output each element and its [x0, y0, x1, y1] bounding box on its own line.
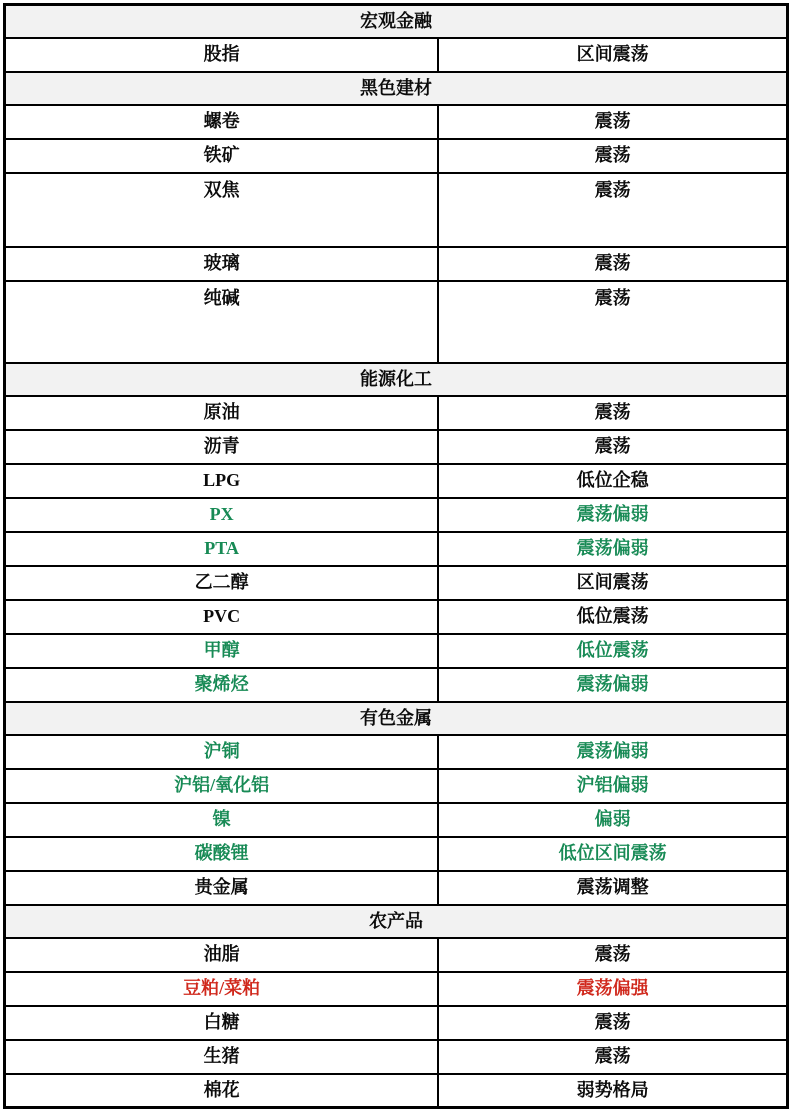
commodity-outlook: 震荡偏弱	[438, 498, 787, 532]
commodity-outlook: 震荡	[438, 396, 787, 430]
commodity-row: 原油震荡	[5, 396, 788, 430]
commodity-row: 沥青震荡	[5, 430, 788, 464]
commodity-name: 碳酸锂	[5, 837, 439, 871]
commodity-name: 股指	[5, 38, 439, 72]
commodity-name: 油脂	[5, 938, 439, 972]
commodity-outlook: 震荡	[438, 430, 787, 464]
section-header-row: 能源化工	[5, 363, 788, 396]
commodity-row: 沪铜震荡偏弱	[5, 735, 788, 769]
commodity-name: 沪铝/氧化铝	[5, 769, 439, 803]
commodity-row: 白糖震荡	[5, 1006, 788, 1040]
commodity-outlook: 偏弱	[438, 803, 787, 837]
commodity-name: 甲醇	[5, 634, 439, 668]
commodity-name: 螺卷	[5, 105, 439, 139]
commodity-outlook: 低位震荡	[438, 634, 787, 668]
commodity-row: 玻璃震荡	[5, 247, 788, 281]
commodity-row: 双焦震荡	[5, 173, 788, 247]
commodity-name: 豆粕/菜粕	[5, 972, 439, 1006]
commodity-outlook: 震荡偏弱	[438, 735, 787, 769]
commodity-row: 沪铝/氧化铝沪铝偏弱	[5, 769, 788, 803]
commodity-outlook: 震荡	[438, 105, 787, 139]
section-title: 宏观金融	[5, 5, 788, 38]
commodity-row: 棉花弱势格局	[5, 1074, 788, 1108]
commodity-name: 生猪	[5, 1040, 439, 1074]
commodity-name: 白糖	[5, 1006, 439, 1040]
section-title: 农产品	[5, 905, 788, 938]
commodity-name: 镍	[5, 803, 439, 837]
commodity-outlook: 沪铝偏弱	[438, 769, 787, 803]
commodity-row: 乙二醇区间震荡	[5, 566, 788, 600]
section-header-row: 农产品	[5, 905, 788, 938]
market-outlook-table: 宏观金融股指区间震荡黑色建材螺卷震荡铁矿震荡双焦震荡玻璃震荡纯碱震荡能源化工原油…	[3, 3, 789, 1109]
commodity-name: 贵金属	[5, 871, 439, 905]
commodity-name: PVC	[5, 600, 439, 634]
commodity-name: 玻璃	[5, 247, 439, 281]
commodity-row: 碳酸锂低位区间震荡	[5, 837, 788, 871]
commodity-outlook: 震荡	[438, 173, 787, 247]
commodity-outlook: 震荡偏强	[438, 972, 787, 1006]
commodity-outlook: 震荡偏弱	[438, 668, 787, 702]
commodity-outlook: 震荡	[438, 1040, 787, 1074]
commodity-outlook: 低位区间震荡	[438, 837, 787, 871]
commodity-row: 贵金属震荡调整	[5, 871, 788, 905]
commodity-row: 螺卷震荡	[5, 105, 788, 139]
commodity-outlook: 低位震荡	[438, 600, 787, 634]
commodity-outlook: 震荡	[438, 281, 787, 363]
commodity-row: PVC低位震荡	[5, 600, 788, 634]
section-title: 黑色建材	[5, 72, 788, 105]
commodity-row: 生猪震荡	[5, 1040, 788, 1074]
commodity-name: 聚烯烃	[5, 668, 439, 702]
commodity-outlook: 震荡	[438, 139, 787, 173]
commodity-row: 纯碱震荡	[5, 281, 788, 363]
commodity-outlook: 区间震荡	[438, 566, 787, 600]
commodity-row: 油脂震荡	[5, 938, 788, 972]
commodity-row: 聚烯烃震荡偏弱	[5, 668, 788, 702]
section-header-row: 宏观金融	[5, 5, 788, 38]
commodity-outlook: 震荡偏弱	[438, 532, 787, 566]
commodity-row: 铁矿震荡	[5, 139, 788, 173]
commodity-outlook: 低位企稳	[438, 464, 787, 498]
commodity-row: LPG低位企稳	[5, 464, 788, 498]
commodity-row: 豆粕/菜粕震荡偏强	[5, 972, 788, 1006]
commodity-outlook: 震荡调整	[438, 871, 787, 905]
commodity-outlook: 震荡	[438, 938, 787, 972]
commodity-name: 铁矿	[5, 139, 439, 173]
document-page: 宏观金融股指区间震荡黑色建材螺卷震荡铁矿震荡双焦震荡玻璃震荡纯碱震荡能源化工原油…	[0, 0, 792, 1114]
commodity-row: PTA震荡偏弱	[5, 532, 788, 566]
commodity-name: 沥青	[5, 430, 439, 464]
commodity-outlook: 震荡	[438, 247, 787, 281]
commodity-name: 沪铜	[5, 735, 439, 769]
commodity-name: 纯碱	[5, 281, 439, 363]
commodity-outlook: 区间震荡	[438, 38, 787, 72]
commodity-outlook: 震荡	[438, 1006, 787, 1040]
commodity-name: LPG	[5, 464, 439, 498]
market-outlook-table-body: 宏观金融股指区间震荡黑色建材螺卷震荡铁矿震荡双焦震荡玻璃震荡纯碱震荡能源化工原油…	[5, 5, 788, 1108]
commodity-name: 棉花	[5, 1074, 439, 1108]
section-header-row: 有色金属	[5, 702, 788, 735]
commodity-row: 镍偏弱	[5, 803, 788, 837]
commodity-name: PX	[5, 498, 439, 532]
commodity-name: 乙二醇	[5, 566, 439, 600]
commodity-name: 原油	[5, 396, 439, 430]
section-title: 有色金属	[5, 702, 788, 735]
commodity-outlook: 弱势格局	[438, 1074, 787, 1108]
commodity-name: PTA	[5, 532, 439, 566]
commodity-row: 甲醇低位震荡	[5, 634, 788, 668]
section-title: 能源化工	[5, 363, 788, 396]
section-header-row: 黑色建材	[5, 72, 788, 105]
commodity-name: 双焦	[5, 173, 439, 247]
commodity-row: 股指区间震荡	[5, 38, 788, 72]
commodity-row: PX震荡偏弱	[5, 498, 788, 532]
